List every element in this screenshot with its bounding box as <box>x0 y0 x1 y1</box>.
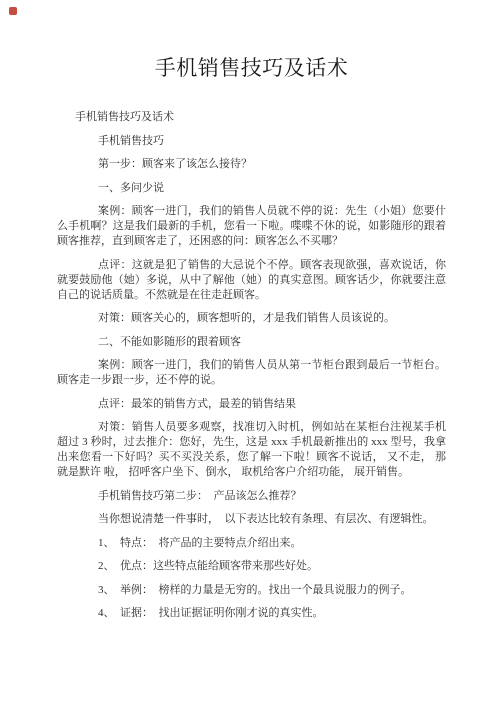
document-body: 手机销售技巧及话术手机销售技巧第一步：顾客来了该怎么接待？一、多问少说案例：顾客… <box>57 110 446 621</box>
red-stamp-icon <box>9 7 17 15</box>
paragraph: 案例：顾客一进门，我们的销售人员从第一节柜台跟到最后一节柜台。顾客走一步跟一步，… <box>57 358 446 388</box>
paragraph: 1、 特点： 将产品的主要特点介绍出来。 <box>57 536 446 551</box>
paragraph: 4、 证据： 找出证据证明你刚才说的真实性。 <box>57 606 446 621</box>
paragraph: 手机销售技巧及话术 <box>57 110 446 125</box>
document-page: 手机销售技巧及话术 手机销售技巧及话术手机销售技巧第一步：顾客来了该怎么接待？一… <box>0 0 500 707</box>
paragraph: 当你想说清楚一件事时， 以下表达比较有条理、有层次、有逻辑性。 <box>57 512 446 527</box>
paragraph: 3、 举例： 榜样的力量是无穷的。找出一个最具说服力的例子。 <box>57 583 446 598</box>
paragraph: 手机销售技巧 <box>57 134 446 149</box>
paragraph: 2、 优点：这些特点能给顾客带来那些好处。 <box>57 559 446 574</box>
paragraph: 对策：顾客关心的，顾客想听的，才是我们销售人员该说的。 <box>57 311 446 326</box>
paragraph: 点评：最笨的销售方式，最差的销售结果 <box>57 397 446 412</box>
paragraph: 手机销售技巧第二步： 产品该怎么推荐？ <box>57 489 446 504</box>
paragraph: 第一步：顾客来了该怎么接待？ <box>57 157 446 172</box>
paragraph: 一、多问少说 <box>57 181 446 196</box>
document-title: 手机销售技巧及话术 <box>57 53 446 84</box>
paragraph: 点评：这就是犯了销售的大忌说个不停。顾客表现欲强，喜欢说话，你就要鼓励他（她）多… <box>57 258 446 303</box>
paragraph: 对策：销售人员要多观察，找准切入时机，例如站在某柜台注视某手机超过 3 秒时，过… <box>57 420 446 480</box>
paragraph: 二、不能如影随形的跟着顾客 <box>57 335 446 350</box>
paragraph: 案例：顾客一进门，我们的销售人员就不停的说：先生（小姐）您要什么手机啊？这是我们… <box>57 204 446 249</box>
